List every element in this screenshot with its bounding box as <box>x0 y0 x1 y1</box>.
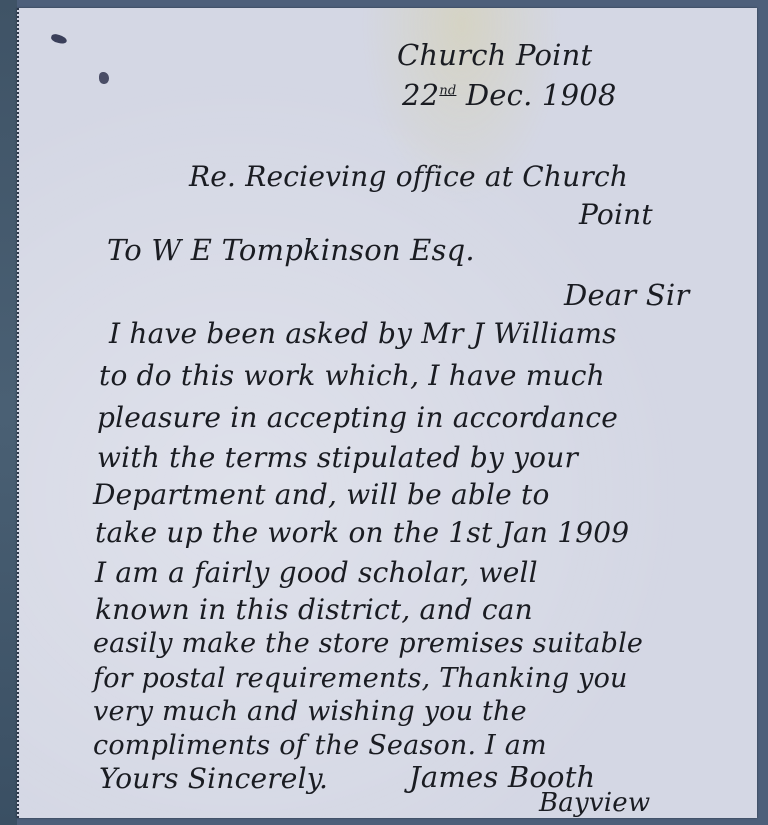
salutation: Dear Sir <box>564 278 689 312</box>
body-line: easily make the store premises suitable <box>93 628 643 659</box>
backdrop <box>0 0 17 825</box>
signature-location: Bayview <box>539 788 650 818</box>
pin-hole <box>99 72 109 84</box>
date-rest: Dec. 1908 <box>466 78 617 112</box>
date-day: 22 <box>402 78 439 112</box>
closing: Yours Sincerely. <box>99 762 328 795</box>
letter-page: Church Point 22nd Dec. 1908 Re. Recievin… <box>17 8 757 818</box>
subject-line-2: Point <box>579 198 653 231</box>
body-line: I am a fairly good scholar, well <box>95 556 538 589</box>
letter-place: Church Point <box>397 38 592 72</box>
body-line: take up the work on the 1st Jan 1909 <box>95 516 629 549</box>
addressee: To W E Tompkinson Esq. <box>107 233 475 267</box>
body-line: to do this work which, I have much <box>99 359 605 392</box>
body-line: compliments of the Season. I am <box>93 730 547 761</box>
body-line: with the terms stipulated by your <box>97 441 578 474</box>
letter-date: 22nd Dec. 1908 <box>402 78 617 112</box>
pin-hole <box>50 33 68 45</box>
body-line: I have been asked by Mr J Williams <box>109 317 617 350</box>
body-line: Department and, will be able to <box>93 478 550 511</box>
date-suffix: nd <box>439 83 456 98</box>
body-line: for postal requirements, Thanking you <box>93 663 628 694</box>
body-line: very much and wishing you the <box>93 696 527 727</box>
body-line: pleasure in accepting in accordance <box>97 401 618 434</box>
subject-line-1: Re. Recieving office at Church <box>189 160 628 193</box>
body-line: known in this district, and can <box>95 593 533 626</box>
